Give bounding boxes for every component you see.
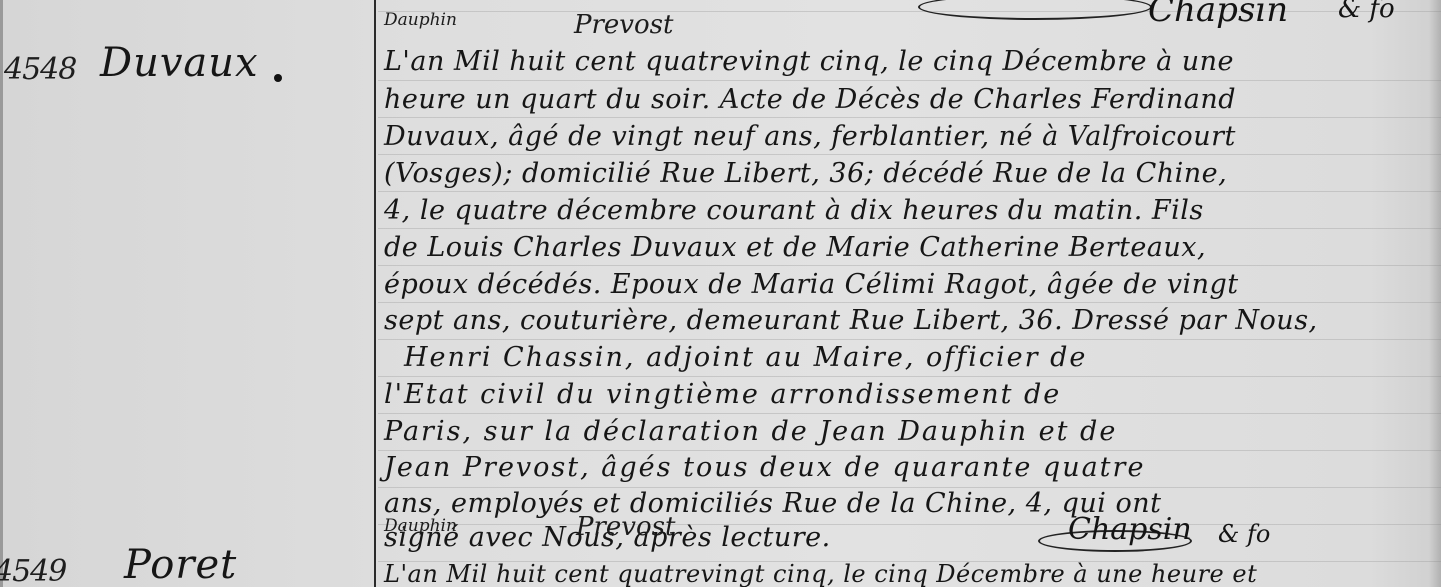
officer-signature-chapsin: Chapsin — [1148, 0, 1288, 30]
entry-surname: Poret — [124, 542, 237, 587]
record-line-4: (Vosges); domicilié Rue Libert, 36; décé… — [384, 160, 1227, 187]
record-body: Dauphin Prevost Chapsin & fo L'an Mil hu… — [378, 0, 1438, 587]
record-line-6: de Louis Charles Duvaux et de Marie Cath… — [384, 234, 1206, 261]
register-page: 4548 Duvaux 4549 Poret Dauphin Prevost C… — [0, 0, 1441, 587]
entry-number: 4549 — [0, 554, 66, 587]
witness-signature-prevost: Prevost — [574, 10, 673, 40]
record-line-2: heure un quart du soir. Acte de Décès de… — [384, 86, 1236, 113]
record-line-3: Duvaux, âgé de vingt neuf ans, ferblanti… — [384, 123, 1236, 150]
ink-blot — [274, 74, 282, 82]
officer-signature-flourish — [918, 0, 1152, 20]
margin-column: 4548 Duvaux 4549 Poret — [0, 0, 374, 587]
witness-signature-dauphin-2: Dauphin — [384, 516, 457, 536]
record-4549-line-1: L'an Mil huit cent quatrevingt cinq, le … — [384, 562, 1257, 586]
record-line-9: Henri Chassin, adjoint au Maire, officie… — [404, 344, 1087, 371]
record-line-1: L'an Mil huit cent quatrevingt cinq, le … — [384, 48, 1234, 75]
record-line-8: sept ans, couturière, demeurant Rue Libe… — [384, 307, 1318, 334]
entry-number: 4548 — [4, 52, 76, 87]
closing-signature-chapsin: Chapsin — [1068, 512, 1192, 547]
margin-rule — [374, 0, 376, 587]
entry-surname: Duvaux — [100, 40, 259, 86]
record-line-12: Jean Prevost, âgés tous deux de quarante… — [384, 454, 1145, 481]
closing-mark: & fo — [1218, 520, 1270, 548]
record-line-11: Paris, sur la déclaration de Jean Dauphi… — [384, 418, 1117, 445]
witness-signature-prevost-2: Prevost — [576, 512, 675, 542]
officer-mark: & fo — [1338, 0, 1395, 24]
record-line-13: ans, employés et domiciliés Rue de la Ch… — [384, 490, 1161, 517]
record-line-7: époux décédés. Epoux de Maria Célimi Rag… — [384, 271, 1239, 298]
witness-signature-dauphin: Dauphin — [384, 10, 457, 30]
record-line-5: 4, le quatre décembre courant à dix heur… — [384, 197, 1204, 224]
record-line-10: l'Etat civil du vingtième arrondissement… — [384, 381, 1061, 408]
